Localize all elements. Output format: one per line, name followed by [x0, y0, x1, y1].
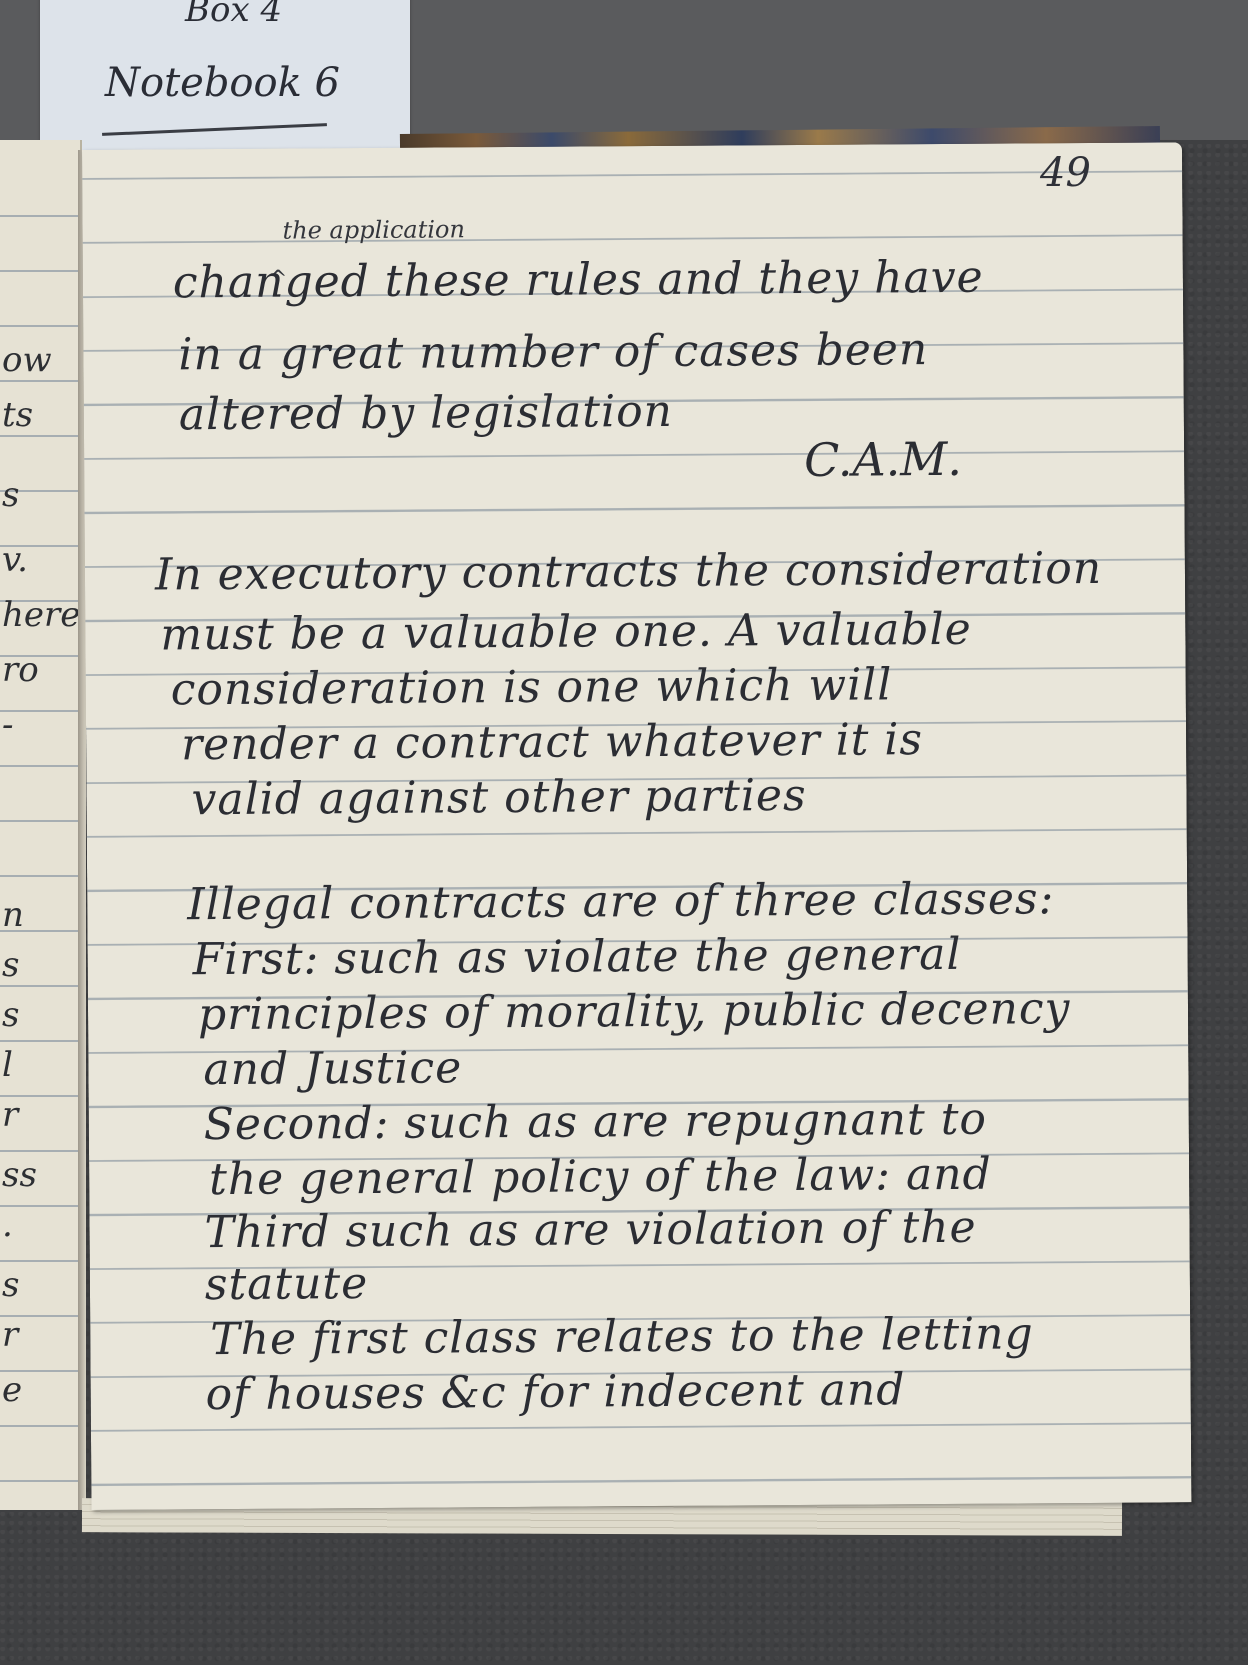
text-line: The first class relates to the letting [210, 1308, 1034, 1365]
text-line: changed these rules and they have [173, 252, 984, 309]
author-initials: C.A.M. [804, 432, 962, 487]
fragment: n [2, 895, 24, 935]
text-line: Illegal contracts are of three classes: [187, 873, 1054, 930]
text-line: and Justice [203, 1042, 462, 1095]
left-page: ow ts s v. here ro - n s s l r ss . s r … [0, 140, 82, 1510]
text-line: First: such as violate the general [192, 929, 961, 985]
fragment: l [2, 1045, 13, 1085]
text-line: Third such as are violation of the [204, 1202, 976, 1258]
text-line: must be a valuable one. A valuable [160, 604, 972, 661]
fragment: s [2, 1265, 19, 1305]
label-notebook-number: Notebook 6 [105, 60, 340, 106]
fragment: ts [2, 395, 33, 435]
fragment: s [2, 475, 19, 515]
fragment: r [2, 1315, 18, 1355]
text-line: in a great number of cases been [178, 324, 928, 380]
label-box-number: Box 4 [185, 0, 282, 30]
notebook-page: the application ^ changed these rules an… [82, 142, 1191, 1510]
text-line: In executory contracts the consideration [155, 543, 1102, 601]
text-line: consideration is one which will [171, 659, 893, 715]
fragment: v. [2, 540, 28, 580]
archive-label-card: Box 4 Notebook 6 [40, 0, 410, 155]
fragment: r [2, 1095, 18, 1135]
fragment: s [2, 945, 19, 985]
fragment: ss [2, 1155, 37, 1195]
inserted-phrase: the application [282, 215, 464, 244]
text-line: altered by legislation [179, 386, 673, 440]
label-underline [102, 123, 327, 136]
fragment: . [2, 1205, 13, 1245]
text-line: principles of morality, public decency [198, 983, 1071, 1040]
fragment: e [2, 1370, 22, 1410]
left-page-text-fragments: ow ts s v. here ro - n s s l r ss . s r … [0, 140, 80, 1510]
text-line: render a contract whatever it is [181, 714, 923, 770]
fragment: s [2, 995, 19, 1035]
text-line: Second: such as are repugnant to [204, 1094, 987, 1150]
fragment: ow [2, 340, 52, 380]
fragment: here [2, 595, 80, 635]
page-number: 49 [1040, 150, 1091, 196]
text-line: the general policy of the law: and [209, 1149, 992, 1205]
text-line: statute [205, 1258, 369, 1310]
text-line: valid against other parties [191, 770, 806, 825]
fragment: ro [2, 650, 39, 690]
text-line: of houses &c for indecent and [206, 1364, 906, 1420]
fragment: - [2, 705, 14, 745]
